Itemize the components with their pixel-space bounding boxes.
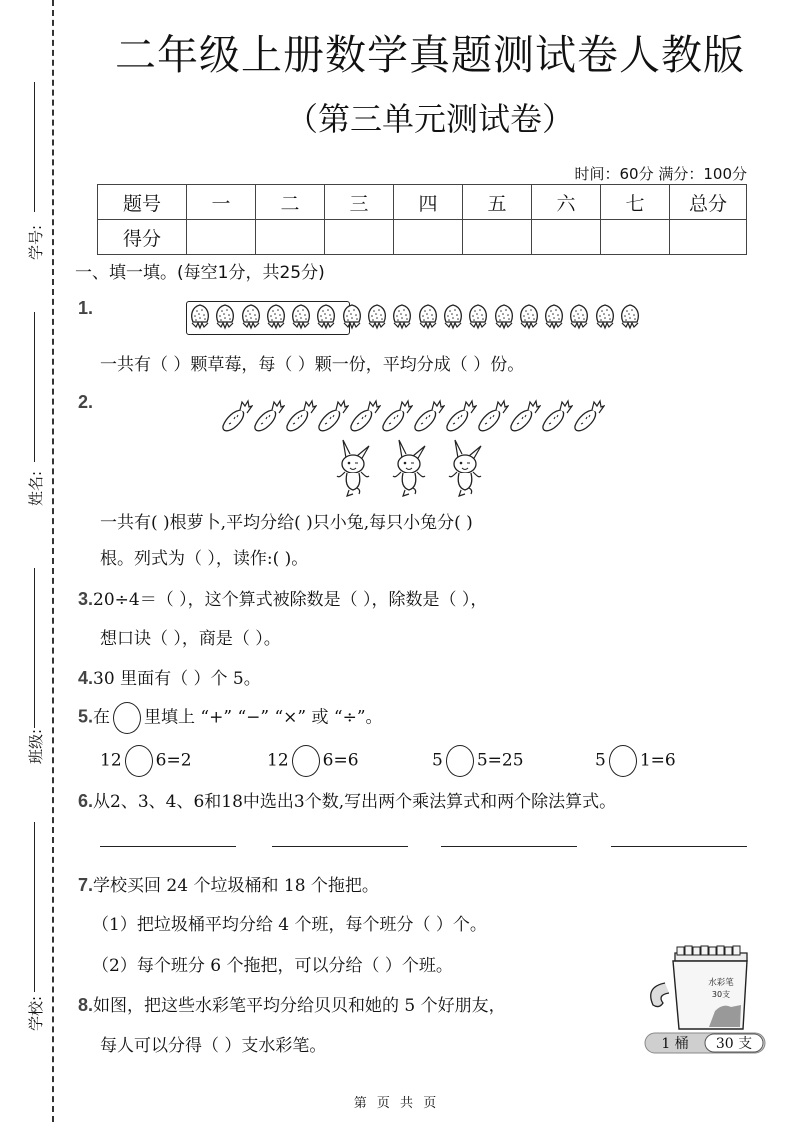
svg-text:水彩笔: 水彩笔 <box>708 977 734 988</box>
bunny-icon <box>447 438 483 498</box>
question-8-line-1: 8.如图，把这些水彩笔平均分给贝贝和她的 5 个好朋友， <box>78 991 506 1016</box>
strawberry-icon <box>213 303 237 331</box>
carrot-icon <box>252 398 285 434</box>
name-blank[interactable] <box>34 312 35 462</box>
strawberry-row <box>188 303 643 331</box>
question-2-number: 2. <box>78 392 93 413</box>
score-cell[interactable] <box>394 220 463 255</box>
carrot-icon <box>316 398 349 434</box>
strawberry-icon <box>542 303 566 331</box>
circle-icon <box>113 702 141 734</box>
score-cell[interactable] <box>325 220 394 255</box>
strawberry-icon <box>264 303 288 331</box>
carrot-icon <box>444 398 477 434</box>
question-7: 7.学校买回 24 个垃圾桶和 18 个拖把。 <box>78 871 379 896</box>
binding-dashed-line <box>52 0 54 1122</box>
student-id-label: 学号: <box>25 225 46 260</box>
question-1-number: 1. <box>78 298 93 319</box>
score-table-header-row: 题号 一 二 三 四 五 六 七 总分 <box>98 185 747 220</box>
bucket-icon: 水彩笔 30支 1 桶 30 支 <box>643 943 769 1058</box>
answer-blank[interactable] <box>100 846 236 847</box>
class-label: 班级: <box>25 729 46 764</box>
score-row-label: 得分 <box>98 220 187 255</box>
score-cell[interactable] <box>463 220 532 255</box>
strawberry-icon <box>593 303 617 331</box>
carrot-icon <box>220 398 253 434</box>
strawberry-icon <box>441 303 465 331</box>
score-cell[interactable] <box>256 220 325 255</box>
carrot-icon <box>540 398 573 434</box>
strawberry-icon <box>390 303 414 331</box>
bunny-row <box>335 438 483 498</box>
header-cell-label: 题号 <box>98 185 187 220</box>
question-3-line-1: 3.20÷4＝（ ），这个算式被除数是（ ），除数是（ ）， <box>78 585 487 610</box>
page-footer: 第 页 共 页 <box>0 1092 793 1111</box>
strawberry-icon <box>365 303 389 331</box>
q5-item: 126=6 <box>267 745 359 777</box>
question-4: 4.30 里面有（ ）个 5。 <box>78 664 261 689</box>
marker-bucket-illustration: 水彩笔 30支 1 桶 30 支 <box>643 943 769 1058</box>
strawberry-icon <box>416 303 440 331</box>
strawberry-icon <box>289 303 313 331</box>
q5-item: 51=6 <box>595 745 676 777</box>
name-label: 姓名: <box>25 471 46 506</box>
question-7-sub-1: （1）把垃圾桶平均分给 4 个班，每个班分（ ）个。 <box>92 910 487 935</box>
question-2-line-2: 根。列式为（ ），读作:( )。 <box>100 544 308 569</box>
question-1-text: 一共有（ ）颗草莓，每（ ）颗一份，平均分成（ ）份。 <box>100 350 524 375</box>
svg-text:30支: 30支 <box>712 989 730 999</box>
student-id-blank[interactable] <box>34 82 35 212</box>
svg-text:30 支: 30 支 <box>716 1035 752 1052</box>
answer-blank[interactable] <box>441 846 577 847</box>
school-blank[interactable] <box>34 822 35 992</box>
header-cell: 三 <box>325 185 394 220</box>
question-6: 6.从2、3、4、6和18中选出3个数,写出两个乘法算式和两个除法算式。 <box>78 787 616 812</box>
strawberry-icon <box>567 303 591 331</box>
carrot-icon <box>412 398 445 434</box>
header-cell: 六 <box>532 185 601 220</box>
svg-text:1 桶: 1 桶 <box>661 1035 688 1052</box>
header-cell: 七 <box>601 185 670 220</box>
score-table-score-row: 得分 <box>98 220 747 255</box>
question-7-sub-2: （2）每个班分 6 个拖把，可以分给（ ）个班。 <box>92 951 453 976</box>
operator-blank[interactable] <box>446 745 474 777</box>
header-cell-total: 总分 <box>670 185 747 220</box>
operator-blank[interactable] <box>609 745 637 777</box>
carrot-icon <box>572 398 605 434</box>
question-3-line-2: 想口诀（ ），商是（ ）。 <box>100 624 281 649</box>
score-cell[interactable] <box>187 220 256 255</box>
operator-blank[interactable] <box>292 745 320 777</box>
carrot-icon <box>284 398 317 434</box>
score-cell[interactable] <box>532 220 601 255</box>
score-cell[interactable] <box>601 220 670 255</box>
header-cell: 五 <box>463 185 532 220</box>
strawberry-icon <box>517 303 541 331</box>
header-cell: 四 <box>394 185 463 220</box>
page-title: 二年级上册数学真题测试卷人教版 <box>100 22 760 81</box>
school-label: 学校: <box>25 996 46 1031</box>
strawberry-icon <box>239 303 263 331</box>
answer-blank[interactable] <box>272 846 408 847</box>
page-subtitle: （第三单元测试卷） <box>100 94 760 140</box>
header-cell: 二 <box>256 185 325 220</box>
strawberry-icon <box>618 303 642 331</box>
strawberry-icon <box>188 303 212 331</box>
q5-item: 126=2 <box>100 745 192 777</box>
carrot-row <box>220 398 604 434</box>
header-cell: 一 <box>187 185 256 220</box>
bunny-icon <box>391 438 427 498</box>
question-2-line-1: 一共有( )根萝卜,平均分给( )只小兔,每只小兔分( ) <box>100 508 473 533</box>
score-cell-total[interactable] <box>670 220 747 255</box>
operator-blank[interactable] <box>125 745 153 777</box>
strawberry-icon <box>492 303 516 331</box>
carrot-icon <box>348 398 381 434</box>
score-table: 题号 一 二 三 四 五 六 七 总分 得分 <box>97 184 747 255</box>
bunny-icon <box>335 438 371 498</box>
carrot-icon <box>508 398 541 434</box>
question-5-prompt: 5.在里填上 “+” “−” “×” 或 “÷”。 <box>78 702 383 734</box>
section-heading: 一、填一填。(每空1分，共25分) <box>75 258 325 283</box>
q5-item: 55=25 <box>432 745 524 777</box>
class-blank[interactable] <box>34 568 35 728</box>
carrot-icon <box>380 398 413 434</box>
strawberry-icon <box>340 303 364 331</box>
strawberry-icon <box>466 303 490 331</box>
exam-meta: 时间：60分 满分：100分 <box>575 163 748 184</box>
strawberry-icon <box>314 303 338 331</box>
answer-blank[interactable] <box>611 846 747 847</box>
carrot-icon <box>476 398 509 434</box>
question-8-line-2: 每人可以分得（ ）支水彩笔。 <box>100 1031 326 1056</box>
